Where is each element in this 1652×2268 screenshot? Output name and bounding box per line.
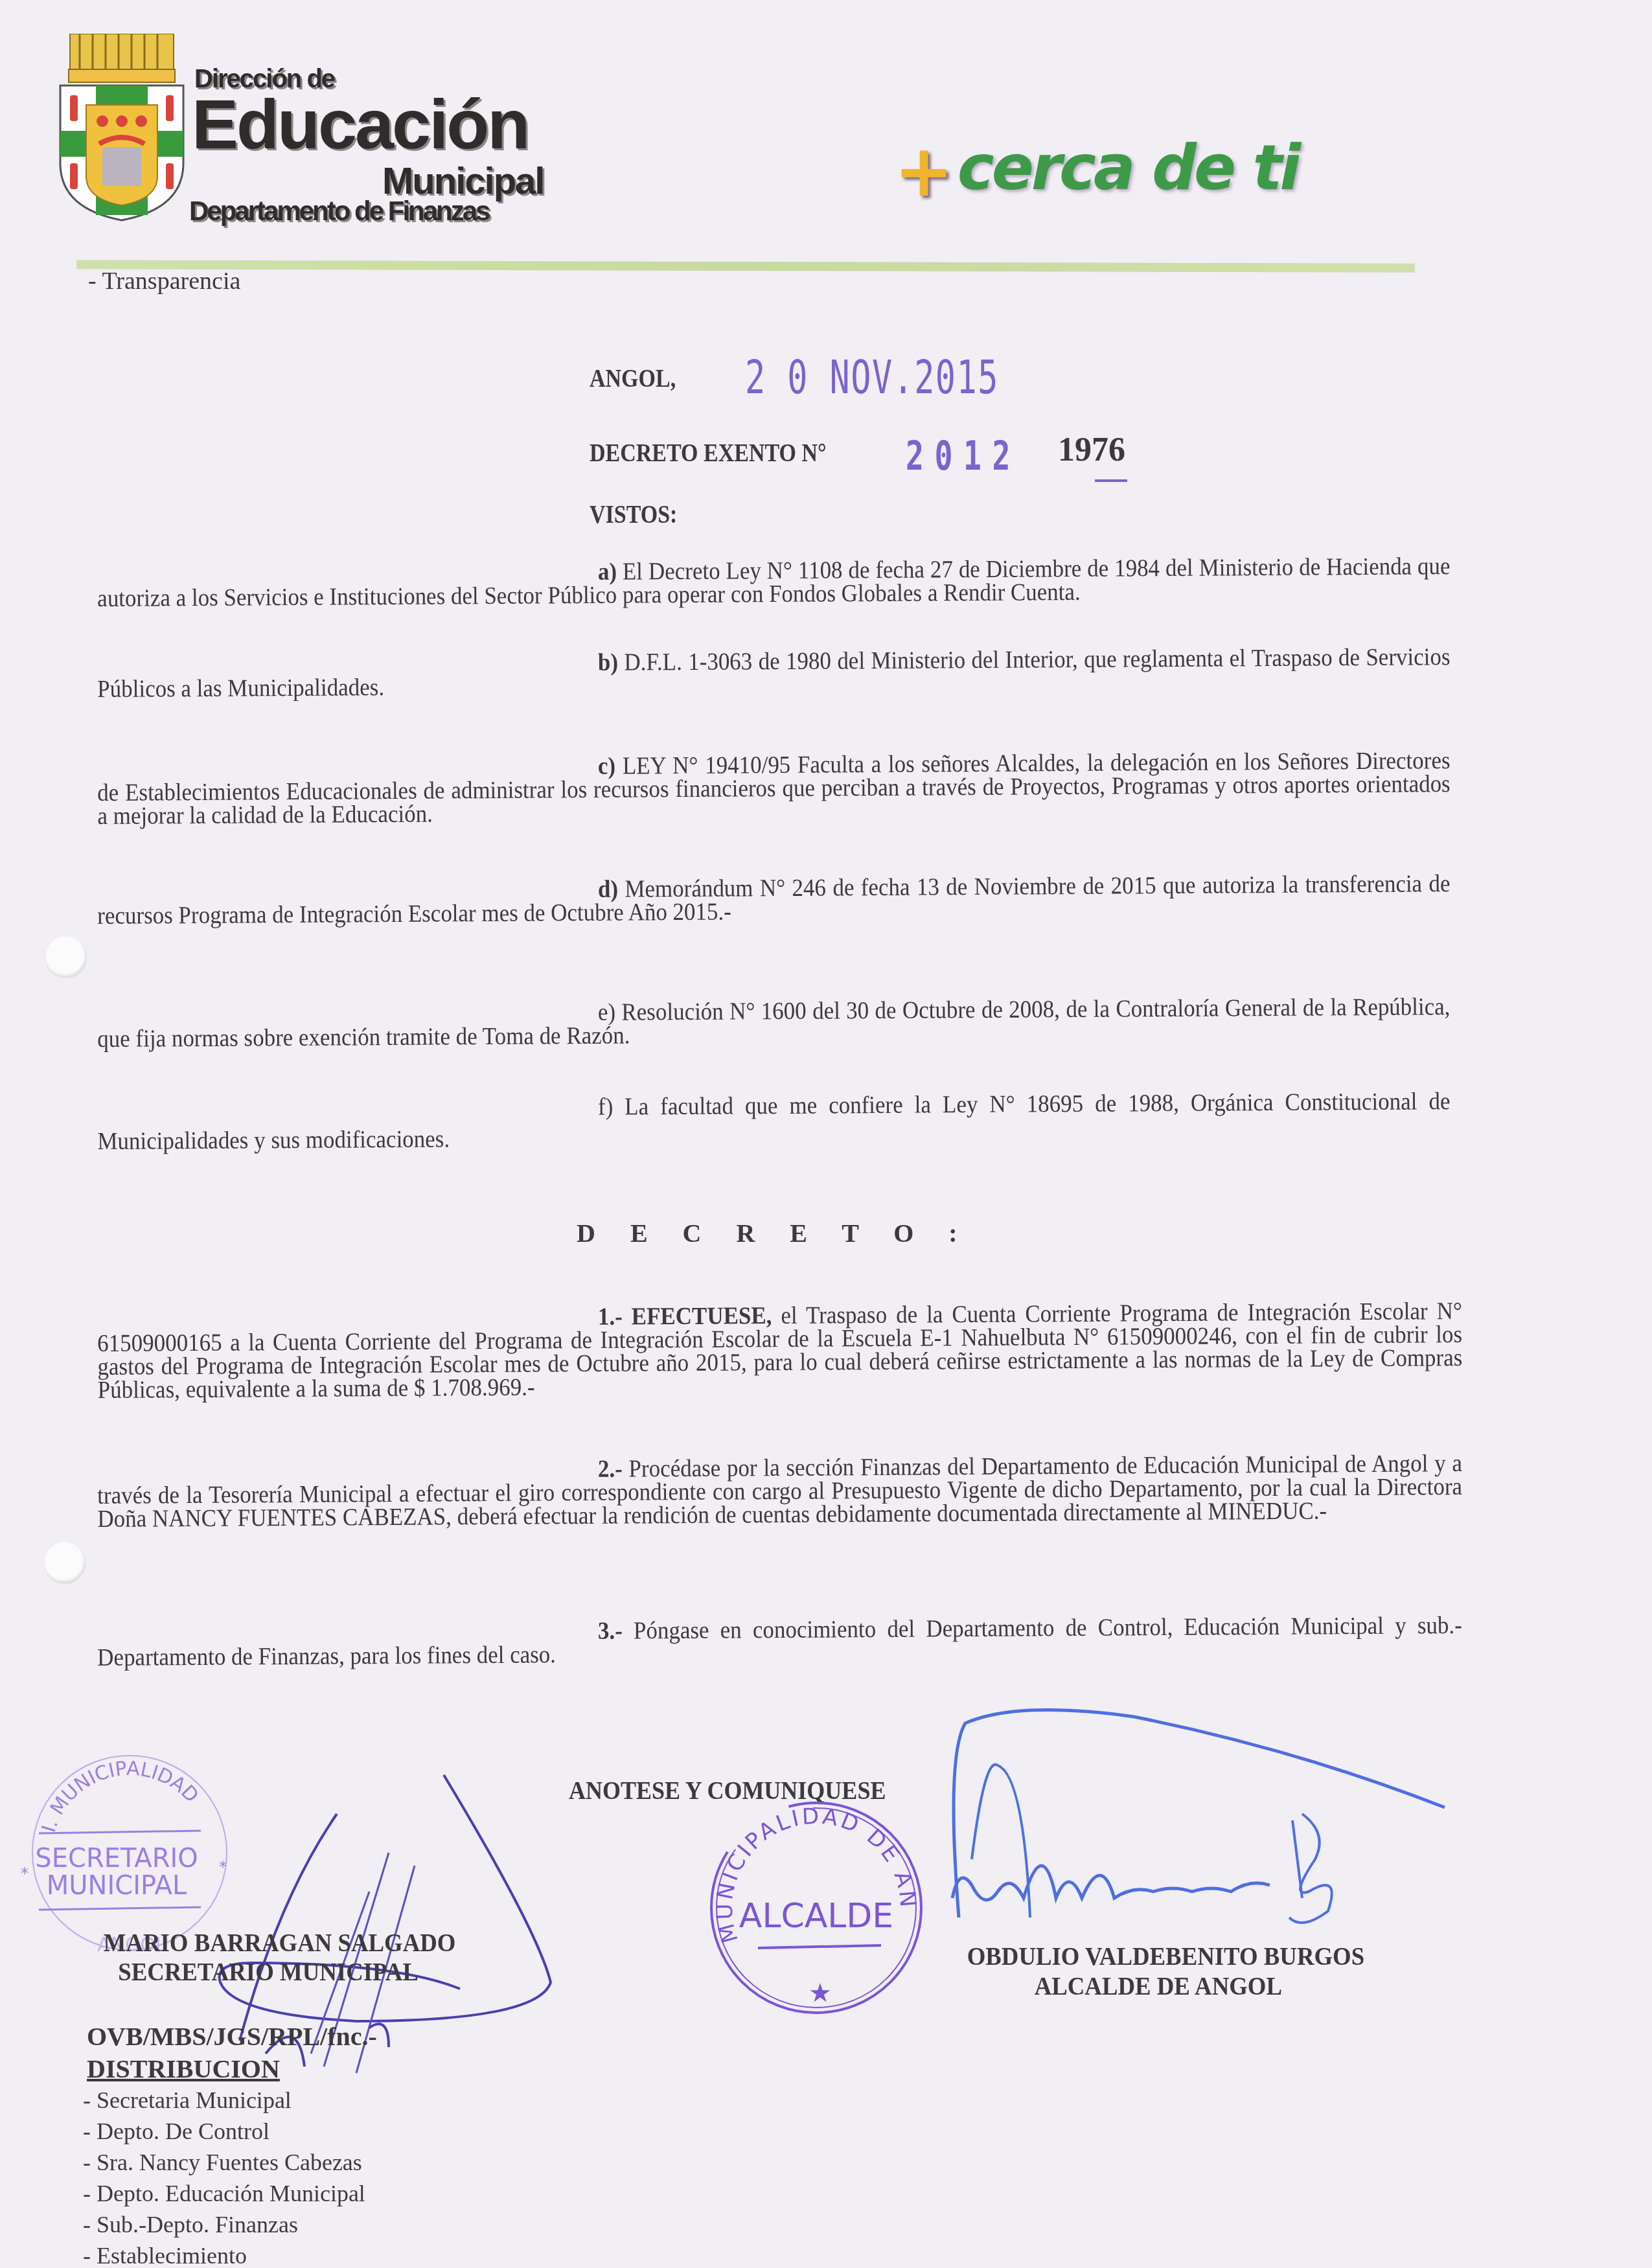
article-text: Procédase por la sección Finanzas del De… [97, 1450, 1462, 1533]
initials-reference: OVB/MBS/JGS/RPL/fnc.- [87, 2021, 377, 2052]
visto-e: e) Resolución N° 1600 del 30 de Octubre … [97, 995, 1451, 1051]
mayor-name: OBDULIO VALDEBENITO BURGOS [967, 1941, 1365, 1971]
date-stamp: 2 0 NOV.2015 [745, 350, 999, 404]
decreto-heading: D E C R E T O : [577, 1218, 972, 1248]
distribution-title: DISTRIBUCION [87, 2054, 280, 2084]
article-text: Póngase en conocimiento del Departamento… [97, 1612, 1462, 1671]
punch-hole [45, 936, 87, 978]
header-divider [76, 260, 1415, 272]
brand-line-educacion: Educación [192, 89, 528, 159]
coat-of-arms-icon [57, 34, 187, 222]
star-icon: ★ [809, 1978, 832, 2008]
decree-number-underline [1095, 479, 1127, 482]
visto-c: c) LEY N° 19410/95 Faculta a los señores… [97, 749, 1451, 828]
place-label: ANGOL, [590, 363, 676, 393]
mayor-seal-stamp: MUNICIPALIDAD DE ANGOL ALCALDE ★ [693, 1778, 939, 2024]
distribution-item: - Establecimiento [83, 2240, 365, 2268]
secretary-title: SECRETARIO MUNICIPAL [118, 1956, 419, 1987]
visto-text: El Decreto Ley N° 1108 de fecha 27 de Di… [97, 553, 1450, 612]
distribution-item: - Depto. De Control [83, 2116, 365, 2147]
article-3: 3.- Póngase en conocimiento del Departam… [97, 1614, 1462, 1669]
visto-letter: f) [598, 1094, 614, 1121]
visto-f: f) La facultad que me confiere la Ley N°… [97, 1086, 1451, 1157]
visto-text: Memorándum N° 246 de fecha 13 de Noviemb… [97, 870, 1450, 930]
decree-page: Dirección de Educación Municipal Departa… [0, 0, 1652, 2268]
distribution-item: - Sra. Nancy Fuentes Cabezas [83, 2147, 365, 2178]
plus-icon: + [894, 130, 954, 212]
punch-hole [44, 1542, 86, 1583]
visto-text: LEY N° 19410/95 Faculta a los señores Al… [97, 747, 1451, 830]
slogan: + cerca de ti [894, 123, 1298, 206]
decree-typed-number: 1976 [1058, 431, 1125, 469]
visto-b: b) D.F.L. 1-3063 de 1980 del Ministerio … [97, 645, 1451, 701]
visto-text: La facultad que me confiere la Ley N° 18… [97, 1088, 1450, 1155]
distribution-list: - Secretaria Municipal - Depto. De Contr… [83, 2085, 365, 2268]
visto-d: d) Memorándum N° 246 de fecha 13 de Novi… [97, 872, 1451, 928]
decree-number-label: DECRETO EXENTO N° [590, 437, 827, 468]
article-1: 1.- EFECTUESE, el Traspaso de la Cuenta … [97, 1300, 1463, 1402]
article-number: 3.- [598, 1618, 623, 1645]
mayor-title: ALCALDE DE ANGOL [1035, 1971, 1282, 2001]
article-2: 2.- Procédase por la sección Finanzas de… [97, 1452, 1462, 1531]
article-text: el Traspaso de la Cuenta Corriente Progr… [97, 1298, 1462, 1404]
visto-text: Resolución N° 1600 del 30 de Octubre de … [97, 993, 1450, 1053]
decree-number-stamp: 2012 [906, 432, 1021, 479]
visto-a: a) El Decreto Ley N° 1108 de fecha 27 de… [97, 555, 1451, 610]
star-icon: * [21, 1864, 29, 1883]
distribution-item: - Sub.-Depto. Finanzas [83, 2209, 365, 2240]
slogan-text: cerca de ti [958, 132, 1299, 204]
brand-line-departamento: Departamento de Finanzas [189, 196, 488, 227]
mayor-seal-center: ALCALDE [739, 1897, 893, 1936]
visto-letter: b) [598, 649, 618, 676]
transparencia-note: - Transparencia [88, 267, 240, 295]
visto-text: D.F.L. 1-3063 de 1980 del Ministerio del… [97, 643, 1450, 703]
distribution-item: - Secretaria Municipal [83, 2085, 365, 2116]
distribution-item: - Depto. Educación Municipal [83, 2178, 365, 2209]
secretary-name: MARIO BARRAGAN SALGADO [104, 1927, 456, 1958]
vistos-heading: VISTOS: [590, 499, 677, 529]
mayor-signature [939, 1704, 1458, 1930]
